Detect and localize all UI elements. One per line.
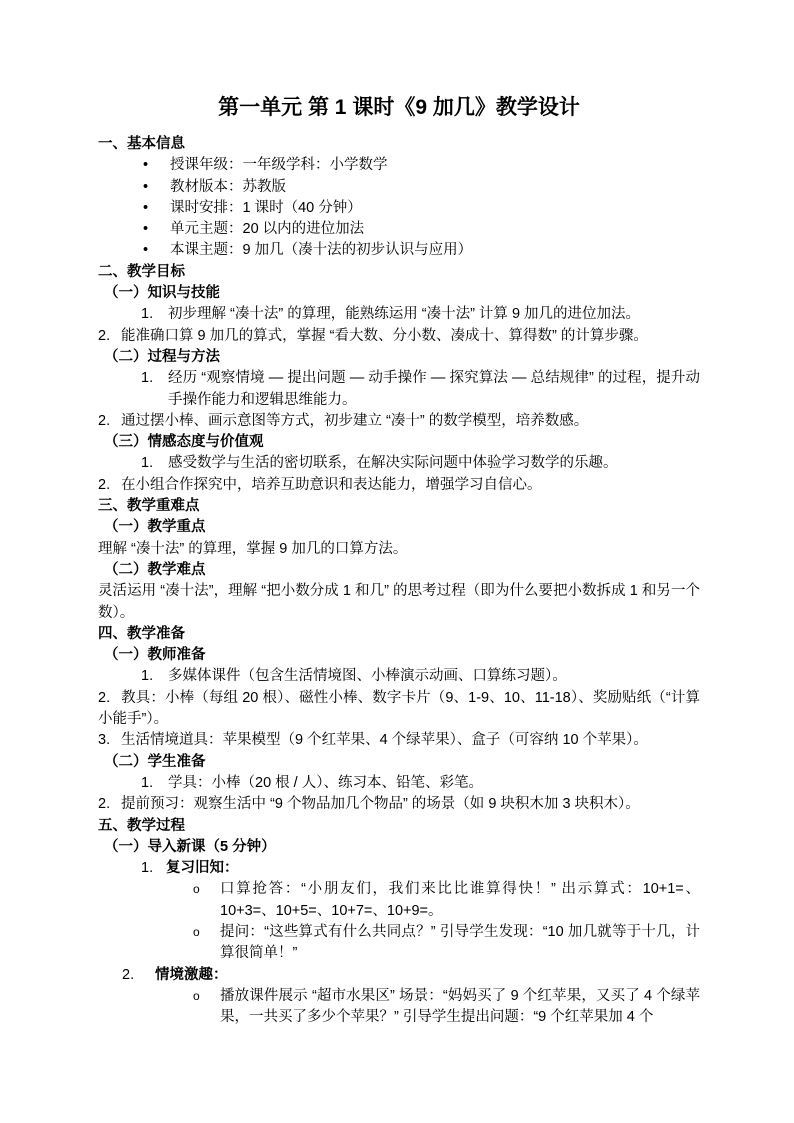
list-number: 1. [141, 453, 168, 474]
list-number: 2. [122, 965, 155, 986]
subheading-teaching-focus: （一）教学重点 [104, 517, 700, 538]
situation-item: 2. 情境激趣： [122, 965, 700, 986]
emotion-item-2: 2.在小组合作探究中，培养互助意识和表达能力，增强学习自信心。 [98, 475, 700, 496]
teacher-prep-item-1: 1. 多媒体课件（包含生活情境图、小棒演示动画、口算练习题）。 [141, 666, 700, 687]
list-number: 2. [98, 794, 121, 815]
list-item-text: 初步理解 “凑十法” 的算理，能熟练运用 “凑十法” 计算 9 加几的进位加法。 [168, 304, 700, 325]
heading-preparation: 四、教学准备 [98, 624, 700, 645]
bullet-item-text: 本课主题：9 加几（凑十法的初步认识与应用） [170, 240, 700, 261]
student-prep-item-1: 1. 学具：小棒（20 根 / 人）、练习本、铅笔、彩笔。 [141, 773, 700, 794]
bullet-item-text: 教材版本：苏教版 [170, 177, 700, 198]
heading-objectives: 二、教学目标 [98, 262, 700, 283]
bullet-item-text: 授课年级：一年级学科：小学数学 [170, 155, 700, 176]
process-item-2: 2.通过摆小棒、画示意图等方式，初步建立 “凑十” 的数学模型，培养数感。 [98, 411, 700, 432]
list-item-text: 教具：小棒（每组 20 根）、磁性小棒、数字卡片（9、1-9、10、11-18）… [98, 690, 700, 727]
bullet-icon: • [143, 177, 170, 198]
teacher-prep-item-2: 2.教具：小棒（每组 20 根）、磁性小棒、数字卡片（9、1-9、10、11-1… [98, 688, 700, 731]
bullet-item-textbook: • 教材版本：苏教版 [143, 177, 700, 198]
list-number: 1. [141, 773, 168, 794]
list-item-text: 生活情境道具：苹果模型（9 个红苹果、4 个绿苹果）、盒子（可容纳 10 个苹果… [121, 732, 648, 748]
list-item-text: 播放课件展示 “超市水果区” 场景：“妈妈买了 9 个红苹果，又买了 4 个绿苹… [220, 986, 700, 1029]
circle-bullet-icon: o [193, 986, 220, 1007]
heading-teaching-process: 五、教学过程 [98, 816, 700, 837]
list-item-text: 多媒体课件（包含生活情境图、小棒演示动画、口算练习题）。 [168, 666, 700, 687]
bullet-item-text: 单元主题：20 以内的进位加法 [170, 219, 700, 240]
circle-bullet-icon: o [193, 879, 220, 900]
process-item-1: 1. 经历 “观察情境 — 提出问题 — 动手操作 — 探究算法 — 总结规律”… [141, 368, 700, 411]
bullet-icon: • [143, 219, 170, 240]
knowledge-item-2: 2.能准确口算 9 加几的算式，掌握 “看大数、分小数、凑成十、算得数” 的计算… [98, 326, 700, 347]
bullet-item-text: 课时安排：1 课时（40 分钟） [170, 198, 700, 219]
bullet-icon: • [143, 198, 170, 219]
page-title: 第一单元 第 1 课时《9 加几》教学设计 [98, 94, 700, 121]
list-item-label: 复习旧知： [166, 858, 700, 879]
list-number: 2. [98, 688, 121, 709]
heading-key-points: 三、教学重难点 [98, 496, 700, 517]
subheading-knowledge-skills: （一）知识与技能 [104, 283, 700, 304]
list-number: 1. [141, 666, 168, 687]
list-number: 2. [98, 411, 121, 432]
bullet-item-schedule: • 课时安排：1 课时（40 分钟） [143, 198, 700, 219]
list-item-text: 口算抢答：“小朋友们，我们来比比谁算得快！” 出示算式：10+1=、10+3=、… [220, 879, 700, 922]
list-item-text: 在小组合作探究中，培养互助意识和表达能力，增强学习自信心。 [121, 477, 542, 493]
subheading-teaching-difficulty: （二）教学难点 [104, 560, 700, 581]
student-prep-item-2: 2.提前预习：观察生活中 “9 个物品加几个物品” 的场景（如 9 块积木加 3… [98, 794, 700, 815]
list-number: 1. [141, 304, 168, 325]
bullet-item-unit-theme: • 单元主题：20 以内的进位加法 [143, 219, 700, 240]
document-page: 第一单元 第 1 课时《9 加几》教学设计 一、基本信息 • 授课年级：一年级学… [0, 0, 794, 1123]
list-item-text: 通过摆小棒、画示意图等方式，初步建立 “凑十” 的数学模型，培养数感。 [121, 413, 588, 429]
teacher-prep-item-3: 3.生活情境道具：苹果模型（9 个红苹果、4 个绿苹果）、盒子（可容纳 10 个… [98, 730, 700, 751]
bullet-item-lesson-theme: • 本课主题：9 加几（凑十法的初步认识与应用） [143, 240, 700, 261]
review-item: 1. 复习旧知： [141, 858, 700, 879]
list-number: 1. [141, 368, 168, 389]
situation-sub-item-1: o 播放课件展示 “超市水果区” 场景：“妈妈买了 9 个红苹果，又买了 4 个… [193, 986, 700, 1029]
review-sub-item-1: o 口算抢答：“小朋友们，我们来比比谁算得快！” 出示算式：10+1=、10+3… [193, 879, 700, 922]
subheading-process-method: （二）过程与方法 [104, 347, 700, 368]
heading-basic-info: 一、基本信息 [98, 134, 700, 155]
circle-bullet-icon: o [193, 922, 220, 943]
list-item-label: 情境激趣： [155, 965, 700, 986]
bullet-icon: • [143, 155, 170, 176]
list-number: 3. [98, 730, 121, 751]
list-item-text: 提问：“这些算式有什么共同点？” 引导学生发现：“10 加几就等于十几，计算很简… [220, 922, 700, 965]
knowledge-item-1: 1. 初步理解 “凑十法” 的算理，能熟练运用 “凑十法” 计算 9 加几的进位… [141, 304, 700, 325]
subheading-lesson-intro: （一）导入新课（5 分钟） [104, 837, 700, 858]
emotion-item-1: 1. 感受数学与生活的密切联系，在解决实际问题中体验学习数学的乐趣。 [141, 453, 700, 474]
subheading-teacher-prep: （一）教师准备 [104, 645, 700, 666]
teaching-focus-text: 理解 “凑十法” 的算理，掌握 9 加几的口算方法。 [98, 539, 700, 560]
list-item-text: 能准确口算 9 加几的算式，掌握 “看大数、分小数、凑成十、算得数” 的计算步骤… [121, 328, 648, 344]
list-number: 2. [98, 326, 121, 347]
teaching-difficulty-text: 灵活运用 “凑十法”，理解 “把小数分成 1 和几” 的思考过程（即为什么要把小… [98, 581, 700, 624]
list-item-text: 经历 “观察情境 — 提出问题 — 动手操作 — 探究算法 — 总结规律” 的过… [168, 368, 700, 411]
list-item-text: 学具：小棒（20 根 / 人）、练习本、铅笔、彩笔。 [168, 773, 700, 794]
list-number: 1. [141, 858, 166, 879]
list-item-text: 感受数学与生活的密切联系，在解决实际问题中体验学习数学的乐趣。 [168, 453, 700, 474]
list-number: 2. [98, 475, 121, 496]
bullet-icon: • [143, 240, 170, 261]
review-sub-item-2: o 提问：“这些算式有什么共同点？” 引导学生发现：“10 加几就等于十几，计算… [193, 922, 700, 965]
bullet-item-grade: • 授课年级：一年级学科：小学数学 [143, 155, 700, 176]
subheading-emotion-values: （三）情感态度与价值观 [104, 432, 700, 453]
list-item-text: 提前预习：观察生活中 “9 个物品加几个物品” 的场景（如 9 块积木加 3 块… [121, 796, 640, 812]
subheading-student-prep: （二）学生准备 [104, 752, 700, 773]
